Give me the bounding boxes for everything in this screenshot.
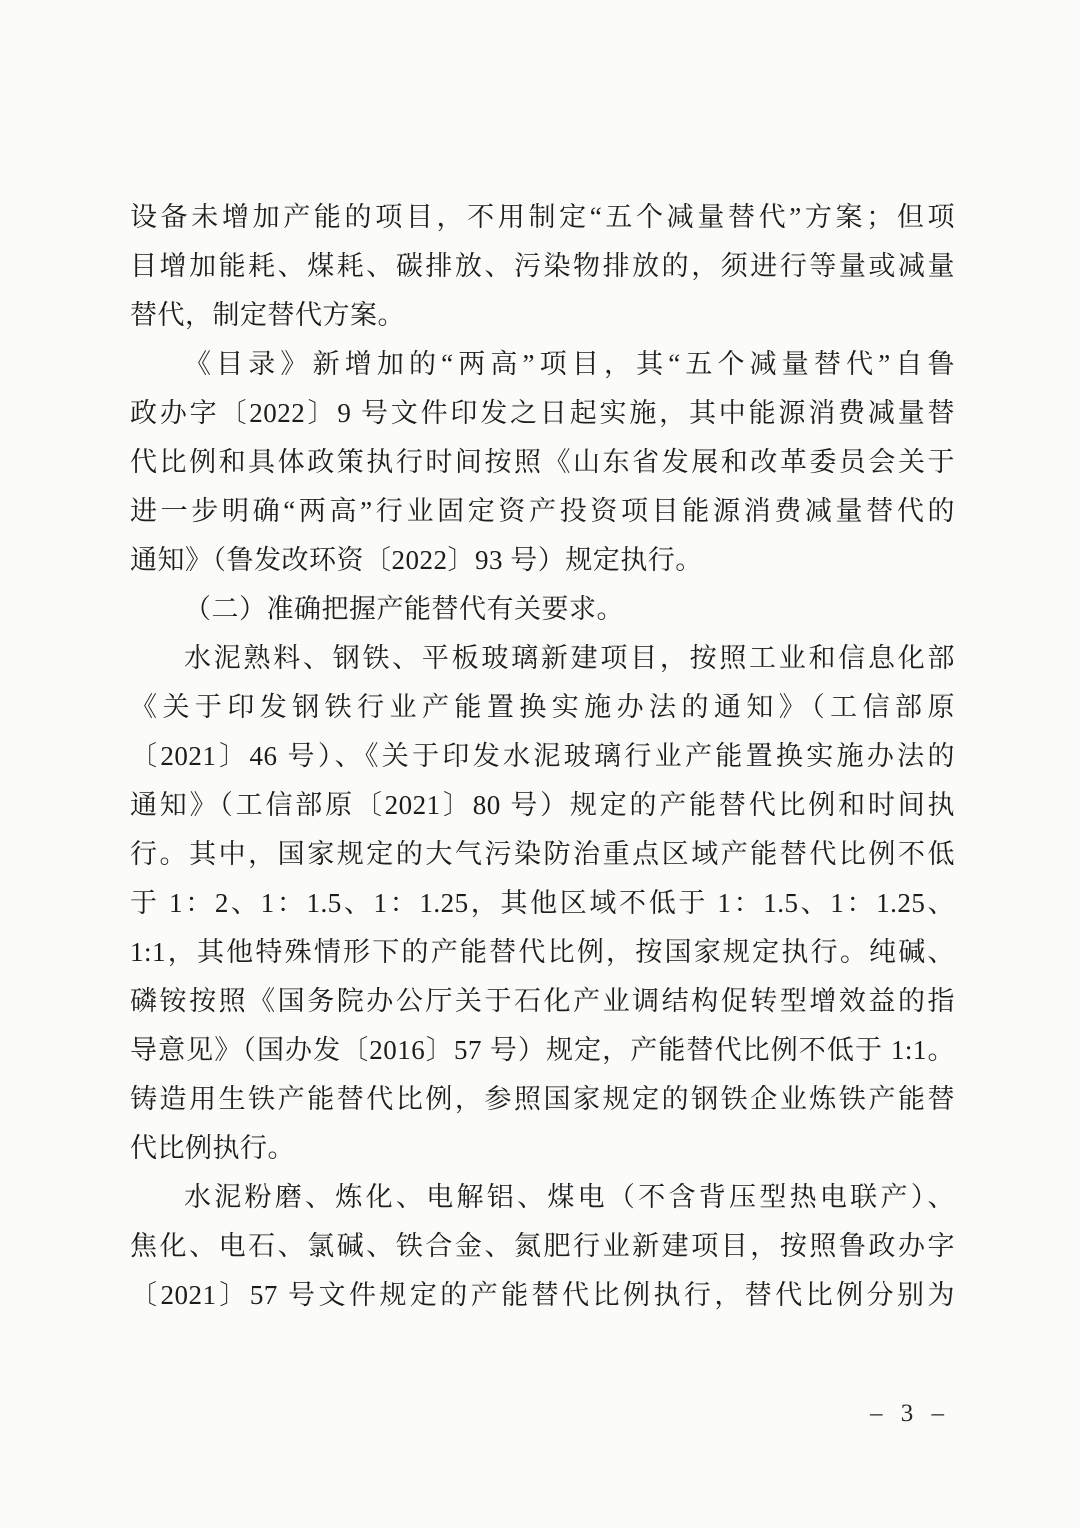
text-line: 代比例执行。 (130, 1124, 955, 1173)
text-line: 于 1：2、1：1.5、1：1.25，其他区域不低于 1：1.5、1：1.25、 (130, 879, 955, 928)
text-line: 1:1，其他特殊情形下的产能替代比例，按国家规定执行。纯碱、 (130, 928, 955, 977)
text-line: 《关于印发钢铁行业产能置换实施办法的通知》（工信部原 (130, 683, 955, 732)
text-line: 通知》（工信部原〔2021〕80 号）规定的产能替代比例和时间执 (130, 781, 955, 830)
text-line: 《目录》新增加的“两高”项目，其“五个减量替代”自鲁 (130, 340, 955, 389)
text-line: 行。其中，国家规定的大气污染防治重点区域产能替代比例不低 (130, 830, 955, 879)
text-line: 目增加能耗、煤耗、碳排放、污染物排放的，须进行等量或减量 (130, 242, 955, 291)
body-text-block: 设备未增加产能的项目，不用制定“五个减量替代”方案；但项 目增加能耗、煤耗、碳排… (130, 193, 955, 1320)
text-line: 水泥熟料、钢铁、平板玻璃新建项目，按照工业和信息化部 (130, 634, 955, 683)
text-line: 替代，制定替代方案。 (130, 291, 955, 340)
text-line: 〔2021〕57 号文件规定的产能替代比例执行，替代比例分别为 (130, 1271, 955, 1320)
text-line: 代比例和具体政策执行时间按照《山东省发展和改革委员会关于 (130, 438, 955, 487)
text-line: 政办字〔2022〕9 号文件印发之日起实施，其中能源消费减量替 (130, 389, 955, 438)
text-line: 铸造用生铁产能替代比例，参照国家规定的钢铁企业炼铁产能替 (130, 1075, 955, 1124)
text-line: 通知》（鲁发改环资〔2022〕93 号）规定执行。 (130, 536, 955, 585)
text-line: 设备未增加产能的项目，不用制定“五个减量替代”方案；但项 (130, 193, 955, 242)
text-line: 水泥粉磨、炼化、电解铝、煤电（不含背压型热电联产）、 (130, 1173, 955, 1222)
text-line: 〔2021〕46 号）、《关于印发水泥玻璃行业产能置换实施办法的 (130, 732, 955, 781)
page-number: – 3 – (870, 1400, 950, 1428)
section-heading: （二）准确把握产能替代有关要求。 (130, 585, 955, 634)
text-line: 进一步明确“两高”行业固定资产投资项目能源消费减量替代的 (130, 487, 955, 536)
text-line: 磷铵按照《国务院办公厅关于石化产业调结构促转型增效益的指 (130, 977, 955, 1026)
document-page: 设备未增加产能的项目，不用制定“五个减量替代”方案；但项 目增加能耗、煤耗、碳排… (0, 0, 1080, 1528)
text-line: 焦化、电石、氯碱、铁合金、氮肥行业新建项目，按照鲁政办字 (130, 1222, 955, 1271)
text-line: 导意见》（国办发〔2016〕57 号）规定，产能替代比例不低于 1:1。 (130, 1026, 955, 1075)
